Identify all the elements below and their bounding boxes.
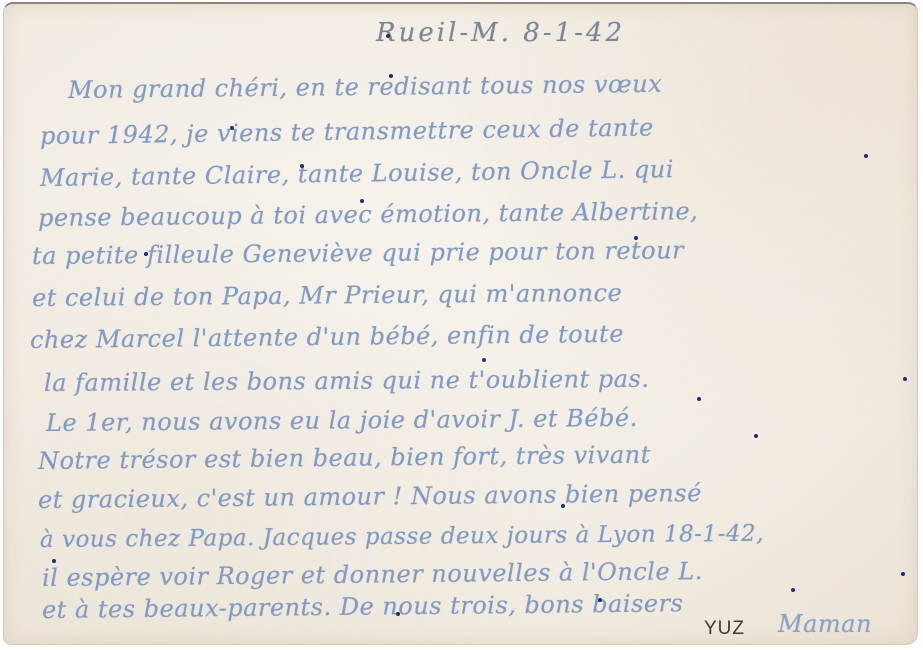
ink-blot bbox=[52, 559, 56, 563]
ink-blot bbox=[389, 74, 393, 78]
letter-line-2: pour 1942, je viens te transmettre ceux … bbox=[40, 113, 654, 150]
letter-line-11: et gracieux, c'est un amour ! Nous avons… bbox=[38, 479, 702, 514]
date-line: Rueil-M. 8-1-42 bbox=[376, 18, 625, 48]
ink-blot bbox=[903, 377, 907, 381]
ink-blot bbox=[634, 236, 638, 240]
letter-line-14: et à tes beaux-parents. De nous trois, b… bbox=[42, 589, 684, 624]
letter-line-13: il espère voir Roger et donner nouvelles… bbox=[42, 557, 703, 592]
letter-line-12: à vous chez Papa. Jacques passe deux jou… bbox=[40, 521, 764, 553]
letter-line-10: Notre trésor est bien beau, bien fort, t… bbox=[38, 441, 651, 475]
ink-blot bbox=[697, 397, 701, 401]
postcard: Rueil-M. 8-1-42 Mon grand chéri, en te r… bbox=[3, 2, 918, 645]
ink-blot bbox=[144, 252, 148, 256]
ink-blot bbox=[864, 154, 868, 158]
letter-line-4: pense beaucoup à toi avec émotion, tante… bbox=[38, 197, 699, 232]
letter-line-7: chez Marcel l'attente d'un bébé, enfin d… bbox=[30, 320, 624, 354]
letter-line-6: et celui de ton Papa, Mr Prieur, qui m'a… bbox=[32, 279, 622, 312]
ink-blot bbox=[598, 598, 602, 602]
ink-blot bbox=[754, 434, 758, 438]
signature: Maman bbox=[778, 610, 872, 638]
letter-line-3: Marie, tante Claire, tante Louise, ton O… bbox=[40, 155, 674, 192]
ink-blot bbox=[360, 199, 364, 203]
letter-line-9: Le 1er, nous avons eu la joie d'avoir J.… bbox=[46, 404, 638, 437]
ink-blot bbox=[791, 588, 795, 592]
signature-stamp: YUZ bbox=[704, 618, 745, 640]
ink-blot bbox=[396, 612, 400, 616]
ink-blot bbox=[230, 126, 234, 130]
ink-blot bbox=[386, 34, 390, 38]
letter-line-5: ta petite filleule Geneviève qui prie po… bbox=[32, 236, 684, 270]
ink-blot bbox=[482, 358, 486, 362]
letter-line-1: Mon grand chéri, en te redisant tous nos… bbox=[68, 70, 662, 104]
ink-blot bbox=[901, 572, 905, 576]
letter-line-8: la famille et les bons amis qui ne t'oub… bbox=[44, 365, 650, 397]
ink-blot bbox=[561, 504, 565, 508]
ink-blot bbox=[300, 164, 304, 168]
